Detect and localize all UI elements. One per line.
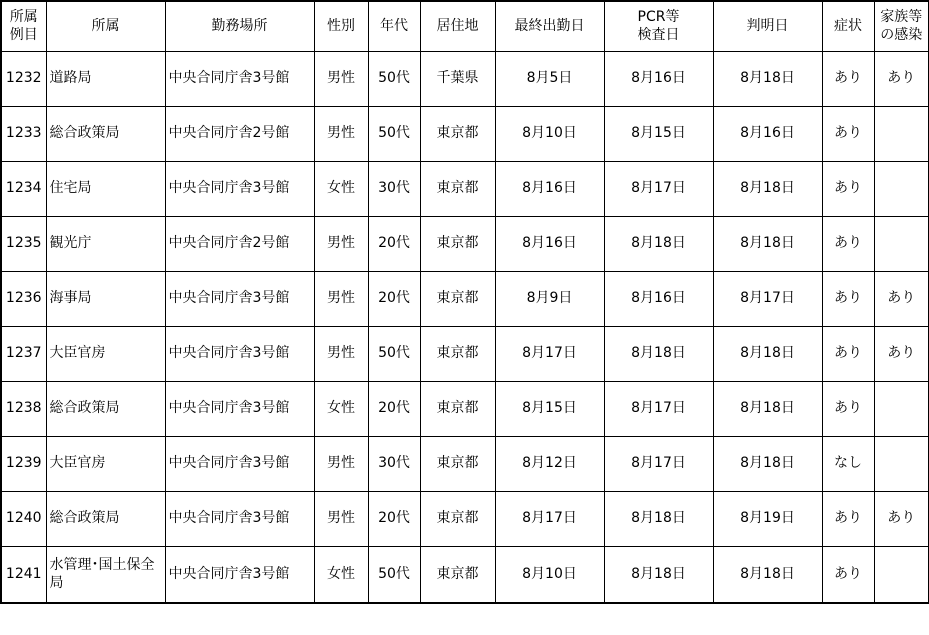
table-cell xyxy=(874,436,929,491)
table-cell: 水管理･国土保全局 xyxy=(46,546,165,603)
table-body: 1232道路局中央合同庁舎3号館男性50代千葉県8月5日8月16日8月18日あり… xyxy=(1,51,929,603)
table-cell xyxy=(874,216,929,271)
table-cell: あり xyxy=(822,381,874,436)
table-cell: 8月17日 xyxy=(604,381,713,436)
table-cell: 8月18日 xyxy=(604,491,713,546)
table-cell: 8月5日 xyxy=(495,51,604,106)
table-cell: 8月16日 xyxy=(604,271,713,326)
table-cell: 大臣官房 xyxy=(46,436,165,491)
table-cell: 8月16日 xyxy=(604,51,713,106)
table-cell: 8月18日 xyxy=(713,546,822,603)
table-row: 1240総合政策局中央合同庁舎3号館男性20代東京都8月17日8月18日8月19… xyxy=(1,491,929,546)
table-cell: 中央合同庁舎3号館 xyxy=(165,381,314,436)
table-cell: 観光庁 xyxy=(46,216,165,271)
table-cell: 海事局 xyxy=(46,271,165,326)
table-cell: 1236 xyxy=(1,271,46,326)
table-cell: 東京都 xyxy=(420,491,495,546)
column-header-family-infection: 家族等 の感染 xyxy=(874,1,929,51)
table-cell: 30代 xyxy=(368,161,420,216)
table-cell: 総合政策局 xyxy=(46,381,165,436)
table-cell: 8月18日 xyxy=(713,381,822,436)
table-cell: 50代 xyxy=(368,106,420,161)
table-cell: なし xyxy=(822,436,874,491)
column-header-case-number: 所属 例目 xyxy=(1,1,46,51)
table-cell xyxy=(874,161,929,216)
table-cell: 8月15日 xyxy=(495,381,604,436)
table-cell: 8月16日 xyxy=(495,161,604,216)
table-cell: あり xyxy=(822,161,874,216)
table-cell: 女性 xyxy=(314,381,368,436)
table-cell: 1238 xyxy=(1,381,46,436)
table-cell: 1235 xyxy=(1,216,46,271)
table-cell: 東京都 xyxy=(420,546,495,603)
table-cell: 8月18日 xyxy=(713,51,822,106)
table-cell: 東京都 xyxy=(420,326,495,381)
table-cell: 20代 xyxy=(368,381,420,436)
table-cell: 中央合同庁舎3号館 xyxy=(165,326,314,381)
column-header-symptoms: 症状 xyxy=(822,1,874,51)
table-cell: 1233 xyxy=(1,106,46,161)
table-cell: あり xyxy=(822,491,874,546)
page: 所属 例目 所属 勤務場所 性別 年代 居住地 最終出勤日 PCR等 検査日 判… xyxy=(0,0,929,635)
table-cell xyxy=(874,546,929,603)
table-cell: 大臣官房 xyxy=(46,326,165,381)
table-cell: 中央合同庁舎3号館 xyxy=(165,491,314,546)
column-header-pcr-test-date: PCR等 検査日 xyxy=(604,1,713,51)
table-cell: 道路局 xyxy=(46,51,165,106)
table-cell xyxy=(874,381,929,436)
table-cell: 8月12日 xyxy=(495,436,604,491)
header-row: 所属 例目 所属 勤務場所 性別 年代 居住地 最終出勤日 PCR等 検査日 判… xyxy=(1,1,929,51)
table-cell: 男性 xyxy=(314,436,368,491)
table-cell: 8月19日 xyxy=(713,491,822,546)
table-cell: 中央合同庁舎3号館 xyxy=(165,271,314,326)
table-cell: 住宅局 xyxy=(46,161,165,216)
table-cell: 男性 xyxy=(314,271,368,326)
table-cell: 8月10日 xyxy=(495,106,604,161)
table-cell: あり xyxy=(822,271,874,326)
table-cell: 50代 xyxy=(368,326,420,381)
table-cell: 東京都 xyxy=(420,161,495,216)
table-header: 所属 例目 所属 勤務場所 性別 年代 居住地 最終出勤日 PCR等 検査日 判… xyxy=(1,1,929,51)
table-cell: 8月18日 xyxy=(713,436,822,491)
table-cell: 20代 xyxy=(368,491,420,546)
table-cell: あり xyxy=(822,546,874,603)
table-cell: 男性 xyxy=(314,106,368,161)
table-cell: あり xyxy=(874,491,929,546)
table-cell: 1239 xyxy=(1,436,46,491)
table-cell: 1240 xyxy=(1,491,46,546)
table-row: 1236海事局中央合同庁舎3号館男性20代東京都8月9日8月16日8月17日あり… xyxy=(1,271,929,326)
table-cell: 8月16日 xyxy=(713,106,822,161)
table-cell: 中央合同庁舎3号館 xyxy=(165,51,314,106)
table-row: 1237大臣官房中央合同庁舎3号館男性50代東京都8月17日8月18日8月18日… xyxy=(1,326,929,381)
table-cell: 男性 xyxy=(314,491,368,546)
table-cell: 1241 xyxy=(1,546,46,603)
table-row: 1238総合政策局中央合同庁舎3号館女性20代東京都8月15日8月17日8月18… xyxy=(1,381,929,436)
table-row: 1233総合政策局中央合同庁舎2号館男性50代東京都8月10日8月15日8月16… xyxy=(1,106,929,161)
column-header-department: 所属 xyxy=(46,1,165,51)
column-header-gender: 性別 xyxy=(314,1,368,51)
table-row: 1241水管理･国土保全局中央合同庁舎3号館女性50代東京都8月10日8月18日… xyxy=(1,546,929,603)
table-cell: あり xyxy=(874,51,929,106)
column-header-last-workday: 最終出勤日 xyxy=(495,1,604,51)
table-row: 1235観光庁中央合同庁舎2号館男性20代東京都8月16日8月18日8月18日あ… xyxy=(1,216,929,271)
table-cell: 1237 xyxy=(1,326,46,381)
table-cell: 東京都 xyxy=(420,216,495,271)
table-cell: 男性 xyxy=(314,326,368,381)
table-cell xyxy=(874,106,929,161)
table-cell: 20代 xyxy=(368,216,420,271)
table-cell: あり xyxy=(822,106,874,161)
table-cell: 女性 xyxy=(314,161,368,216)
table-cell: あり xyxy=(822,326,874,381)
table-cell: 8月18日 xyxy=(604,546,713,603)
table-cell: 8月10日 xyxy=(495,546,604,603)
column-header-age-group: 年代 xyxy=(368,1,420,51)
column-header-workplace: 勤務場所 xyxy=(165,1,314,51)
table-cell: 東京都 xyxy=(420,271,495,326)
table-cell: 8月9日 xyxy=(495,271,604,326)
table-cell: あり xyxy=(874,271,929,326)
table-cell: 総合政策局 xyxy=(46,106,165,161)
table-cell: 中央合同庁舎2号館 xyxy=(165,106,314,161)
table-cell: 8月18日 xyxy=(713,161,822,216)
table-cell: 東京都 xyxy=(420,381,495,436)
table-cell: 8月18日 xyxy=(604,216,713,271)
column-header-residence: 居住地 xyxy=(420,1,495,51)
table-cell: 20代 xyxy=(368,271,420,326)
table-cell: 東京都 xyxy=(420,436,495,491)
table-cell: 男性 xyxy=(314,216,368,271)
table-cell: 8月17日 xyxy=(604,161,713,216)
table-cell: 女性 xyxy=(314,546,368,603)
covid-cases-table: 所属 例目 所属 勤務場所 性別 年代 居住地 最終出勤日 PCR等 検査日 判… xyxy=(0,0,929,604)
table-cell: 千葉県 xyxy=(420,51,495,106)
table-row: 1234住宅局中央合同庁舎3号館女性30代東京都8月16日8月17日8月18日あ… xyxy=(1,161,929,216)
table-cell: 8月17日 xyxy=(495,491,604,546)
table-cell: 50代 xyxy=(368,51,420,106)
table-cell: 8月18日 xyxy=(604,326,713,381)
table-cell: 8月18日 xyxy=(713,216,822,271)
column-header-confirmed-date: 判明日 xyxy=(713,1,822,51)
table-cell: 中央合同庁舎3号館 xyxy=(165,436,314,491)
table-cell: あり xyxy=(822,51,874,106)
table-cell: 1234 xyxy=(1,161,46,216)
table-cell: 男性 xyxy=(314,51,368,106)
table-cell: あり xyxy=(874,326,929,381)
table-cell: 東京都 xyxy=(420,106,495,161)
table-cell: 8月17日 xyxy=(495,326,604,381)
table-cell: 8月17日 xyxy=(604,436,713,491)
table-cell: 1232 xyxy=(1,51,46,106)
table-cell: 50代 xyxy=(368,546,420,603)
table-cell: あり xyxy=(822,216,874,271)
table-cell: 8月15日 xyxy=(604,106,713,161)
table-cell: 中央合同庁舎3号館 xyxy=(165,546,314,603)
table-cell: 30代 xyxy=(368,436,420,491)
table-row: 1232道路局中央合同庁舎3号館男性50代千葉県8月5日8月16日8月18日あり… xyxy=(1,51,929,106)
table-cell: 総合政策局 xyxy=(46,491,165,546)
table-row: 1239大臣官房中央合同庁舎3号館男性30代東京都8月12日8月17日8月18日… xyxy=(1,436,929,491)
table-cell: 8月16日 xyxy=(495,216,604,271)
table-cell: 中央合同庁舎3号館 xyxy=(165,161,314,216)
table-cell: 中央合同庁舎2号館 xyxy=(165,216,314,271)
table-cell: 8月17日 xyxy=(713,271,822,326)
table-cell: 8月18日 xyxy=(713,326,822,381)
